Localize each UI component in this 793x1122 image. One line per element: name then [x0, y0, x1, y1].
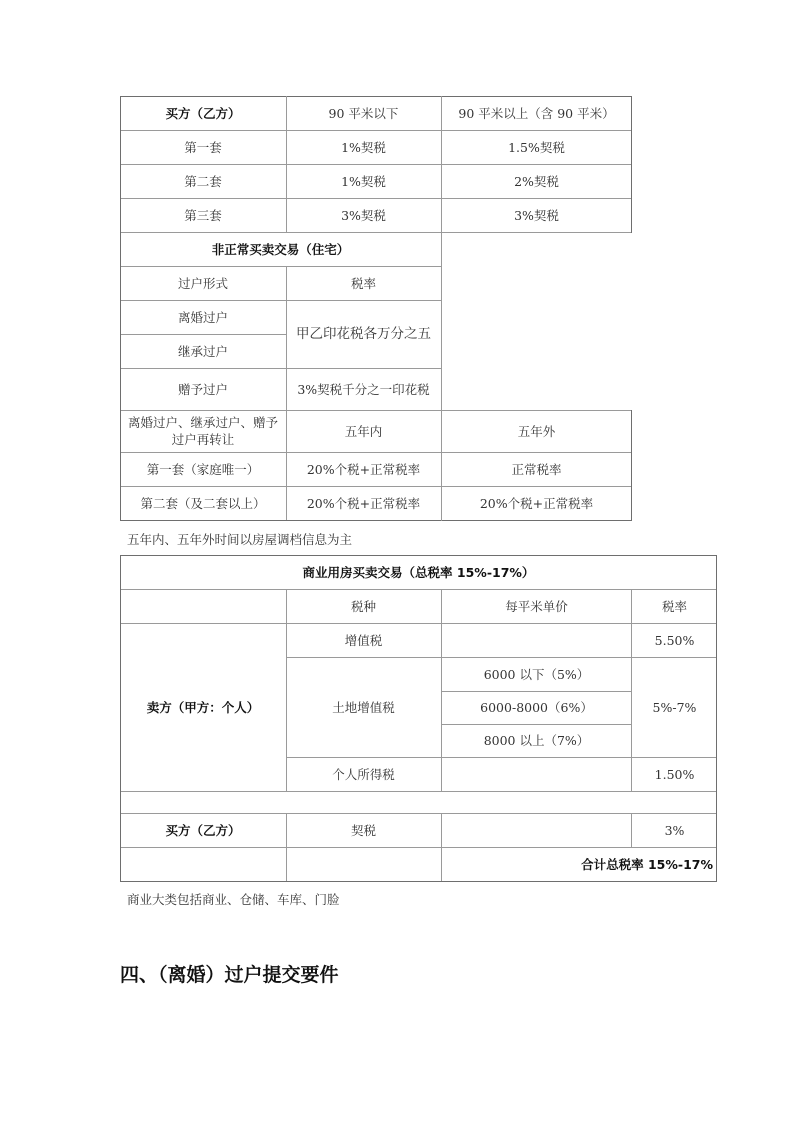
table-header-tax-type: 税种: [286, 589, 441, 623]
table-cell: 8000 以上（7%）: [441, 724, 632, 757]
table-cell: 20%个税+正常税率: [286, 452, 441, 486]
table-cell: 第三套: [120, 198, 286, 232]
table-cell: 正常税率: [441, 452, 632, 486]
table-header-within-5-years: 五年内: [286, 410, 441, 452]
table-cell: 第二套（及二套以上）: [120, 486, 286, 520]
total-rate: 合计总税率 15%-17%: [441, 847, 717, 881]
table-cell: 20%个税+正常税率: [286, 486, 441, 520]
table-header-resale: 离婚过户、继承过户、赠予过户再转让: [124, 410, 282, 452]
note-five-year-basis: 五年内、五年外时间以房屋调档信息为主: [127, 530, 352, 548]
table-cell: 土地增值税: [286, 657, 441, 757]
table-cell: 2%契税: [441, 164, 632, 198]
table-title: 非正常买卖交易（住宅）: [120, 232, 441, 266]
table-header-transfer-type: 过户形式: [120, 266, 286, 300]
seller-label: 卖方（甲方：个人）: [120, 623, 286, 791]
table-cell-merged-rate: 甲乙印花税各万分之五: [286, 300, 441, 368]
table-cell: [441, 813, 632, 847]
note-commercial-categories: 商业大类包括商业、仓储、车库、门脸: [127, 890, 340, 908]
table-header-over-90: 90 平米以上（含 90 平米）: [441, 96, 632, 130]
table-cell: 6000 以下（5%）: [441, 657, 632, 691]
table-cell: 赠予过户: [120, 368, 286, 410]
table-header-beyond-5-years: 五年外: [441, 410, 632, 452]
section-heading: 四、（离婚）过户提交要件: [120, 960, 339, 987]
table-cell: [441, 623, 632, 657]
table-cell: 1.5%契税: [441, 130, 632, 164]
table-header-empty: [120, 589, 286, 623]
table-header-under-90: 90 平米以下: [286, 96, 441, 130]
table-title: 商业用房买卖交易（总税率 15%-17%）: [120, 555, 717, 589]
table-cell: 第一套（家庭唯一）: [120, 452, 286, 486]
table-cell: 增值税: [286, 623, 441, 657]
table-cell: 3%: [632, 813, 717, 847]
table-cell: 第二套: [120, 164, 286, 198]
table-cell: 契税: [286, 813, 441, 847]
table-header-buyer: 买方（乙方）: [120, 96, 286, 130]
table-cell: 1.50%: [632, 757, 717, 791]
table-cell: 20%个税+正常税率: [441, 486, 632, 520]
table-cell: 个人所得税: [286, 757, 441, 791]
table-cell: [441, 757, 632, 791]
buyer-label: 买方（乙方）: [120, 813, 286, 847]
table-cell: 离婚过户: [120, 300, 286, 334]
table-header-rate: 税率: [632, 589, 717, 623]
table-header-rate: 税率: [286, 266, 441, 300]
table-cell: 第一套: [120, 130, 286, 164]
table-cell: 6000-8000（6%）: [441, 691, 632, 724]
table-cell: 5.50%: [632, 623, 717, 657]
table-cell: 5%-7%: [632, 657, 717, 757]
table-header-unit-price: 每平米单价: [441, 589, 632, 623]
table-cell: 1%契税: [286, 130, 441, 164]
table-cell: 3%契税千分之一印花税: [292, 368, 435, 410]
table-cell: 3%契税: [441, 198, 632, 232]
table-cell: 1%契税: [286, 164, 441, 198]
table-cell: 继承过户: [120, 334, 286, 368]
table-cell: 3%契税: [286, 198, 441, 232]
